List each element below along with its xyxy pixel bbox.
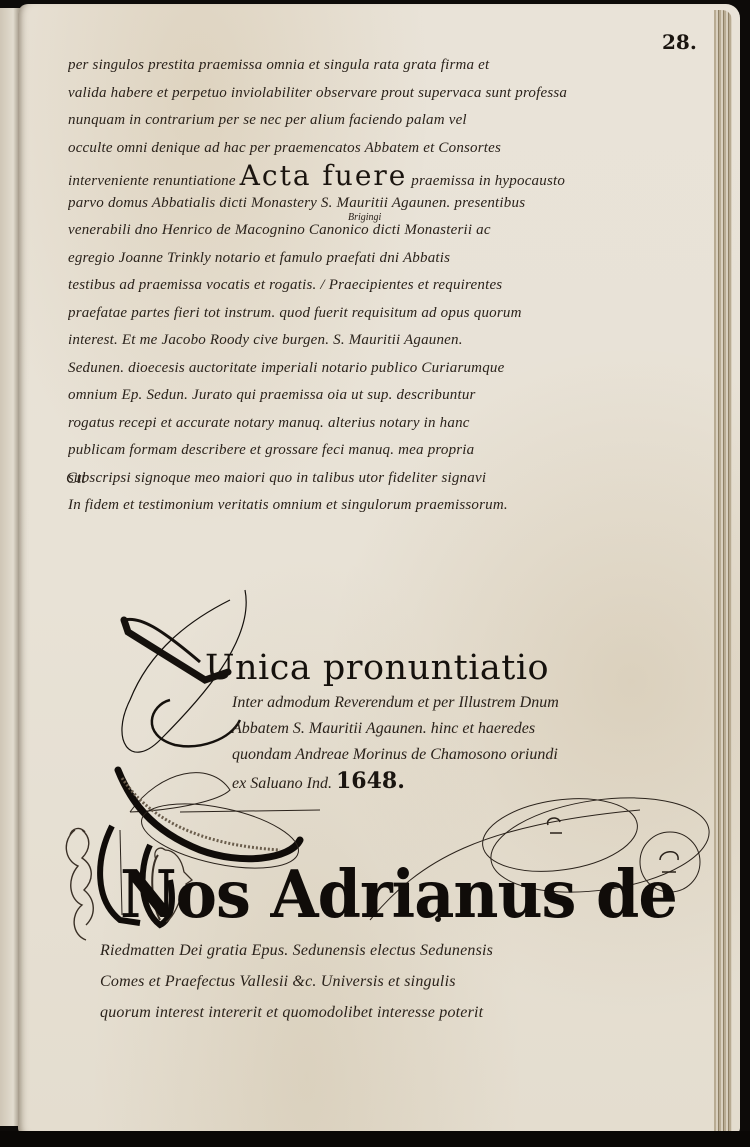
folio-number: 28.	[662, 30, 697, 54]
notary-mark: Ctt	[66, 470, 86, 488]
text-line: occulte omni denique ad hac per praemenc…	[68, 135, 718, 163]
text-line: egregio Joanne Trinkly notario et famulo…	[68, 245, 718, 273]
text-line: per singulos prestita praemissa omnia et…	[68, 52, 718, 80]
section-subtitle: Inter admodum Reverendum et per Illustre…	[232, 690, 559, 794]
text-line: omnium Ep. Sedun. Jurato qui praemissa o…	[68, 382, 718, 410]
text-line: In fidem et testimonium veritatis omnium…	[68, 492, 718, 520]
interlinear-note: Brigingi	[348, 212, 381, 223]
text-fragment: interveniente renuntiatione	[68, 173, 236, 189]
text-line: praefatae partes fieri tot instrum. quod…	[68, 300, 718, 328]
notarial-text-block: per singulos prestita praemissa omnia et…	[68, 52, 718, 520]
text-fragment: praemissa in hypocausto	[411, 173, 565, 189]
scan-bottom-shadow	[0, 1131, 750, 1147]
text-line: valida habere et perpetuo inviolabiliter…	[68, 80, 718, 108]
year: 1648.	[336, 768, 405, 794]
text-line: Riedmatten Dei gratia Epus. Sedunensis e…	[100, 935, 730, 966]
subtitle-line-with-year: ex Saluano Ind. 1648.	[232, 768, 559, 794]
text-line: nunquam in contrarium per se nec per ali…	[68, 107, 718, 135]
subtitle-line: Inter admodum Reverendum et per Illustre…	[232, 690, 559, 716]
subtitle-line: quondam Andreae Morinus de Chamosono ori…	[232, 742, 559, 768]
text-line: subscripsi signoque meo maiori quo in ta…	[68, 465, 718, 493]
acta-heading: Acta fuere	[240, 162, 408, 190]
text-line: parvo domus Abbatialis dicti Monastery S…	[68, 190, 718, 218]
text-line: testibus ad praemissa vocatis et rogatis…	[68, 272, 718, 300]
text-line-acta: interveniente renuntiatione Acta fuere p…	[68, 162, 718, 190]
text-line: Sedunen. dioecesis auctoritate imperiali…	[68, 355, 718, 383]
text-line: rogatus recepi et accurate notary manuq.…	[68, 410, 718, 438]
decree-text-block: Riedmatten Dei gratia Epus. Sedunensis e…	[100, 935, 730, 1028]
text-line: quorum interest intererit et quomodolibe…	[100, 997, 730, 1028]
text-line: Comes et Praefectus Vallesii &c. Univers…	[100, 966, 730, 997]
decree-heading: Nos Adrianus de	[120, 856, 677, 933]
text-line: interest. Et me Jacobo Roody cive burgen…	[68, 327, 718, 355]
section-title: Unica pronuntiatio	[205, 648, 549, 688]
text-line: publicam formam describere et grossare f…	[68, 437, 718, 465]
text-line: venerabili dno Henrico de Macognino Cano…	[68, 217, 718, 245]
subtitle-line: Abbatem S. Mauritii Agaunen. hinc et hae…	[232, 716, 559, 742]
subtitle-text: ex Saluano Ind.	[232, 775, 332, 792]
